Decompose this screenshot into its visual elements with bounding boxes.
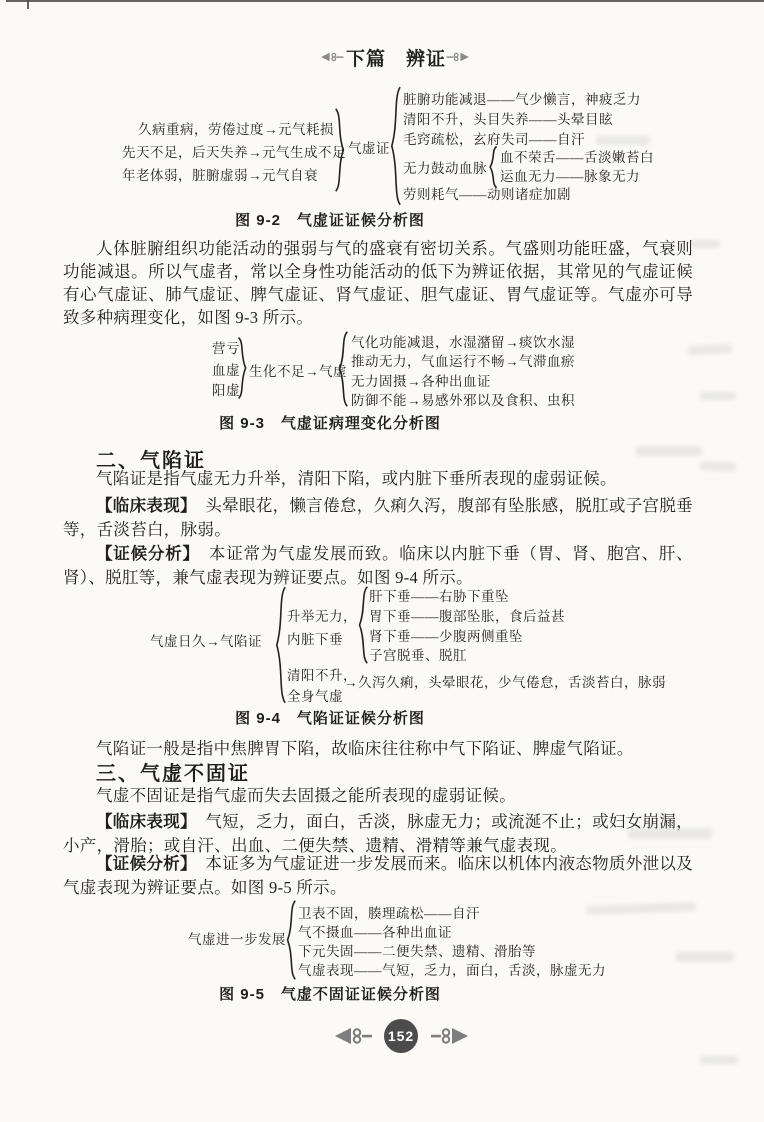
fig2-item: 清阳不升，头目失养——头晕目眩 <box>403 110 613 129</box>
fig2-item: 脏腑功能减退——气少懒言，神疲乏力 <box>403 90 641 109</box>
brace-left-icon <box>389 86 402 206</box>
fig3-item: 气化功能减退，水湿潴留→痰饮水湿 <box>351 333 575 352</box>
brace-left-icon <box>274 586 287 704</box>
ink-smudge <box>700 1056 738 1064</box>
fig4-groupA-item: 子宫脱垂、脱肛 <box>369 646 467 665</box>
fig3-item: 推动无力，气血运行不畅→气滞血瘀 <box>351 352 575 371</box>
book-page: 下篇 辨证 久病重病，劳倦过度→元气耗损 先天不足，后天失养→元气生成不足 年老… <box>0 0 764 1122</box>
fig5-item: 卫表不固，腠理疏松——自汗 <box>298 904 480 923</box>
fig2-cause: 久病重病，劳倦过度→元气耗损 <box>138 120 334 139</box>
brace-left-icon <box>285 900 297 980</box>
analysis-label: 【证候分析】 <box>96 855 189 873</box>
footer-flourish-right-icon <box>430 1027 470 1045</box>
brace-left-icon <box>337 331 349 407</box>
clinical-label: 【临床表现】 <box>96 813 189 831</box>
fig4-groupA-label: 升举无力， <box>287 607 357 626</box>
fig4-groupB-label: 全身气虚 <box>287 687 343 706</box>
fig4-caption: 图 9-4 气陷证证候分析图 <box>130 707 530 728</box>
s3-intro: 气虚不固证是指气虚而失去固摄之能所表现的虚弱证候。 <box>63 784 693 807</box>
scan-line <box>6 0 764 2</box>
fig2-cause: 先天不足，后天失养→元气生成不足 <box>122 143 346 162</box>
fig3-mid: 生化不足→气虚 <box>249 362 347 381</box>
fig4-root: 气虚日久→气陷证 <box>150 632 262 651</box>
header-flourish-right-icon <box>446 51 470 63</box>
fig2-caption: 图 9-2 气虚证证候分析图 <box>130 209 530 230</box>
ink-smudge <box>690 240 720 248</box>
fig4-groupB-text: →久泻久痢，头晕眼花，少气倦怠，舌淡苔白，脉弱 <box>344 673 666 692</box>
fig4-groupA-item: 胃下垂——腹部坠胀，食后益甚 <box>369 607 565 626</box>
fig4-groupA-label: 内脏下垂 <box>287 630 343 649</box>
ink-smudge <box>700 461 736 471</box>
fig3-cause: 阳虚 <box>212 381 240 400</box>
header-flourish-left-icon <box>320 51 344 63</box>
s2-intro: 气陷证是指气虚无力升举，清阳下陷，或内脏下垂所表现的虚弱证候。 <box>63 467 693 490</box>
s2-analysis: 【证候分析】 本证常为气虚发展而致。临床以内脏下垂（胃、肾、胞宫、肝、肾）、脱肛… <box>63 542 693 589</box>
fig2-sub-item: 血不荣舌——舌淡嫩苔白 <box>500 148 654 167</box>
fig2-cause: 年老体弱，脏腑虚弱→元气自衰 <box>122 166 318 185</box>
fig5-item: 下元失固——二便失禁、遗精、滑胎等 <box>298 942 536 961</box>
page-header-title: 下篇 辨证 <box>346 44 446 71</box>
page-number-badge: 152 <box>384 1019 418 1053</box>
brace-left-icon <box>357 586 369 664</box>
fig2-sub-label: 无力鼓动血脉 <box>403 159 487 178</box>
fig5-item: 气不摄血——各种出血证 <box>298 923 452 942</box>
fig3-cause: 血虚 <box>212 361 240 380</box>
footer-flourish-left-icon <box>333 1027 373 1045</box>
fig4-groupA-item: 肾下垂——少腹两侧重坠 <box>369 627 523 646</box>
brace-left-icon <box>488 146 498 188</box>
brace-right-icon <box>334 108 346 192</box>
fig3-item: 防御不能→易感外邪以及食积、虫积 <box>351 391 575 410</box>
ink-smudge <box>636 446 702 456</box>
fig2-sub-item: 运血无力——脉象无力 <box>500 167 640 186</box>
ink-smudge <box>700 392 736 400</box>
scan-tick <box>27 0 29 9</box>
brace-right-icon <box>237 337 248 399</box>
fig3-cause: 营亏 <box>212 339 240 358</box>
s3-clinical: 【临床表现】 气短，乏力，面白，舌淡，脉虚无力；或流涎不止；或妇女崩漏，小产，滑… <box>63 810 693 857</box>
fig3-item: 无力固摄→各种出血证 <box>351 372 491 391</box>
clinical-label: 【临床表现】 <box>96 497 189 515</box>
fig5-item: 气虚表现——气短，乏力，面白，舌淡，脉虚无力 <box>298 961 606 980</box>
fig5-root: 气虚进一步发展 <box>188 930 286 949</box>
ink-smudge <box>676 952 734 962</box>
ink-smudge <box>628 828 712 839</box>
ink-smudge <box>688 344 732 355</box>
fig5-caption: 图 9-5 气虚不固证证候分析图 <box>130 983 530 1004</box>
ink-smudge <box>596 136 650 145</box>
fig2-node: 气虚证 <box>348 139 390 158</box>
s3-analysis: 【证候分析】 本证多为气虚证进一步发展而来。临床以机体内液态物质外泄以及气虚表现… <box>63 852 693 899</box>
fig3-caption: 图 9-3 气虚证病理变化分析图 <box>130 412 530 433</box>
fig4-groupA-item: 肝下垂——右胁下重坠 <box>369 587 509 606</box>
intro-paragraph: 人体脏腑组织功能活动的强弱与气的盛衰有密切关系。气盛则功能旺盛，气衰则功能减退。… <box>63 237 693 329</box>
ink-smudge <box>586 902 696 915</box>
analysis-label: 【证候分析】 <box>96 545 192 563</box>
s2-clinical: 【临床表现】 头晕眼花，懒言倦怠，久痢久泻，腹部有坠胀感，脱肛或子宫脱垂等，舌淡… <box>63 494 693 541</box>
section-heading-qixubuguzheng: 三、气虚不固证 <box>96 757 250 786</box>
fig2-item: 劳则耗气——动则诸症加剧 <box>403 185 571 204</box>
